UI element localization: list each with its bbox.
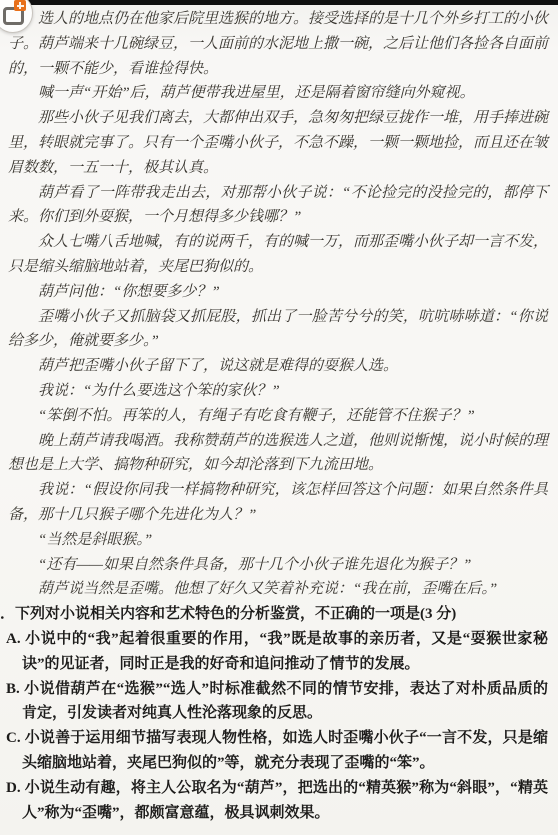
option-a: A.小说中的“我”起着很重要的作用，“我”既是故事的亲历者，又是“耍猴世家秘诀”… (6, 627, 548, 677)
passage-paragraph: 葫芦看了一阵带我走出去，对那帮小伙子说：“不论捡完的没捡完的，都停下来。你们到外… (8, 181, 548, 231)
scanned-exam-page: 选人的地点仍在他家后院里选猴的地方。接受选择的是十几个外乡打工的小伙子。葫芦端来… (0, 0, 558, 835)
option-b: B.小说借葫芦在“选猴”“选人”时标准截然不同的情节安排，表达了对朴质品质的肯定… (6, 677, 548, 727)
passage-paragraph: 葫芦把歪嘴小伙子留下了，说这就是难得的耍猴人选。 (8, 354, 548, 379)
option-c-text: 小说善于运用细节描写表现人物性格，如选人时歪嘴小伙子“一言不发，只是缩头缩脑地站… (22, 730, 548, 771)
option-d: D.小说生动有趣，将主人公取名为“葫芦”，把选出的“精英猴”称为“斜眼”，“精英… (6, 776, 548, 826)
question-stem: ．下列对小说相关内容和艺术特色的分析鉴赏，不正确的一项是(3 分) (0, 602, 548, 627)
passage-paragraph: “笨倒不怕。再笨的人，有绳子有吃食有鞭子，还能管不住猴子？” (8, 404, 548, 429)
passage-paragraph: 众人七嘴八舌地喊，有的说两千，有的喊一万，而那歪嘴小伙子却一言不发，只是缩头缩脑… (8, 230, 548, 280)
option-a-label: A. (6, 631, 21, 647)
passage-paragraph: 晚上葫芦请我喝酒。我称赞葫芦的选猴选人之道，他则说惭愧，说小时候的理想也是上大学… (8, 429, 548, 479)
reading-passage: 选人的地点仍在他家后院里选猴的地方。接受选择的是十几个外乡打工的小伙子。葫芦端来… (0, 7, 558, 602)
option-d-label: D. (6, 780, 21, 796)
passage-paragraph: 选人的地点仍在他家后院里选猴的地方。接受选择的是十几个外乡打工的小伙子。葫芦端来… (8, 7, 548, 81)
passage-paragraph: 葫芦说当然是歪嘴。他想了好久又笑着补充说：“我在前，歪嘴在后。” (8, 577, 548, 602)
passage-paragraph: 歪嘴小伙子又抓脑袋又抓屁股，抓出了一脸苦兮兮的笑，吭吭哧哧道：“你说给多少，俺就… (8, 305, 548, 355)
passage-paragraph: 我说：“为什么要选这个笨的家伙？” (8, 379, 548, 404)
option-b-text: 小说借葫芦在“选猴”“选人”时标准截然不同的情节安排，表达了对朴质品质的肯定，引… (22, 681, 548, 722)
passage-paragraph: “当然是斜眼猴。” (8, 528, 548, 553)
plus-icon (14, 0, 26, 11)
question-block: ．下列对小说相关内容和艺术特色的分析鉴赏，不正确的一项是(3 分) A.小说中的… (0, 602, 558, 825)
option-c-label: C. (6, 730, 21, 746)
option-a-text: 小说中的“我”起着很重要的作用，“我”既是故事的亲历者，又是“耍猴世家秘诀”的见… (22, 631, 548, 672)
option-d-text: 小说生动有趣，将主人公取名为“葫芦”，把选出的“精英猴”称为“斜眼”，“精英人”… (22, 780, 548, 821)
option-c: C.小说善于运用细节描写表现人物性格，如选人时歪嘴小伙子“一言不发，只是缩头缩脑… (6, 726, 548, 776)
passage-paragraph: 那些小伙子见我们离去，大都伸出双手，急匆匆把绿豆拢作一堆，用手捧进碗里，转眼就完… (8, 106, 548, 180)
passage-paragraph: 葫芦问他：“你想要多少？” (8, 280, 548, 305)
passage-paragraph: 我说：“假设你同我一样搞物种研究，该怎样回答这个问题：如果自然条件具备，那十几只… (8, 478, 548, 528)
scan-top-edge-bar (0, 0, 558, 5)
page-content: 选人的地点仍在他家后院里选猴的地方。接受选择的是十几个外乡打工的小伙子。葫芦端来… (0, 7, 558, 825)
option-b-label: B. (6, 681, 20, 697)
passage-paragraph: 喊一声“开始”后，葫芦便带我进屋里，还是隔着窗帘缝向外窥视。 (8, 81, 548, 106)
passage-paragraph: “还有——如果自然条件具备，那十几个小伙子谁先退化为猴子？” (8, 553, 548, 578)
